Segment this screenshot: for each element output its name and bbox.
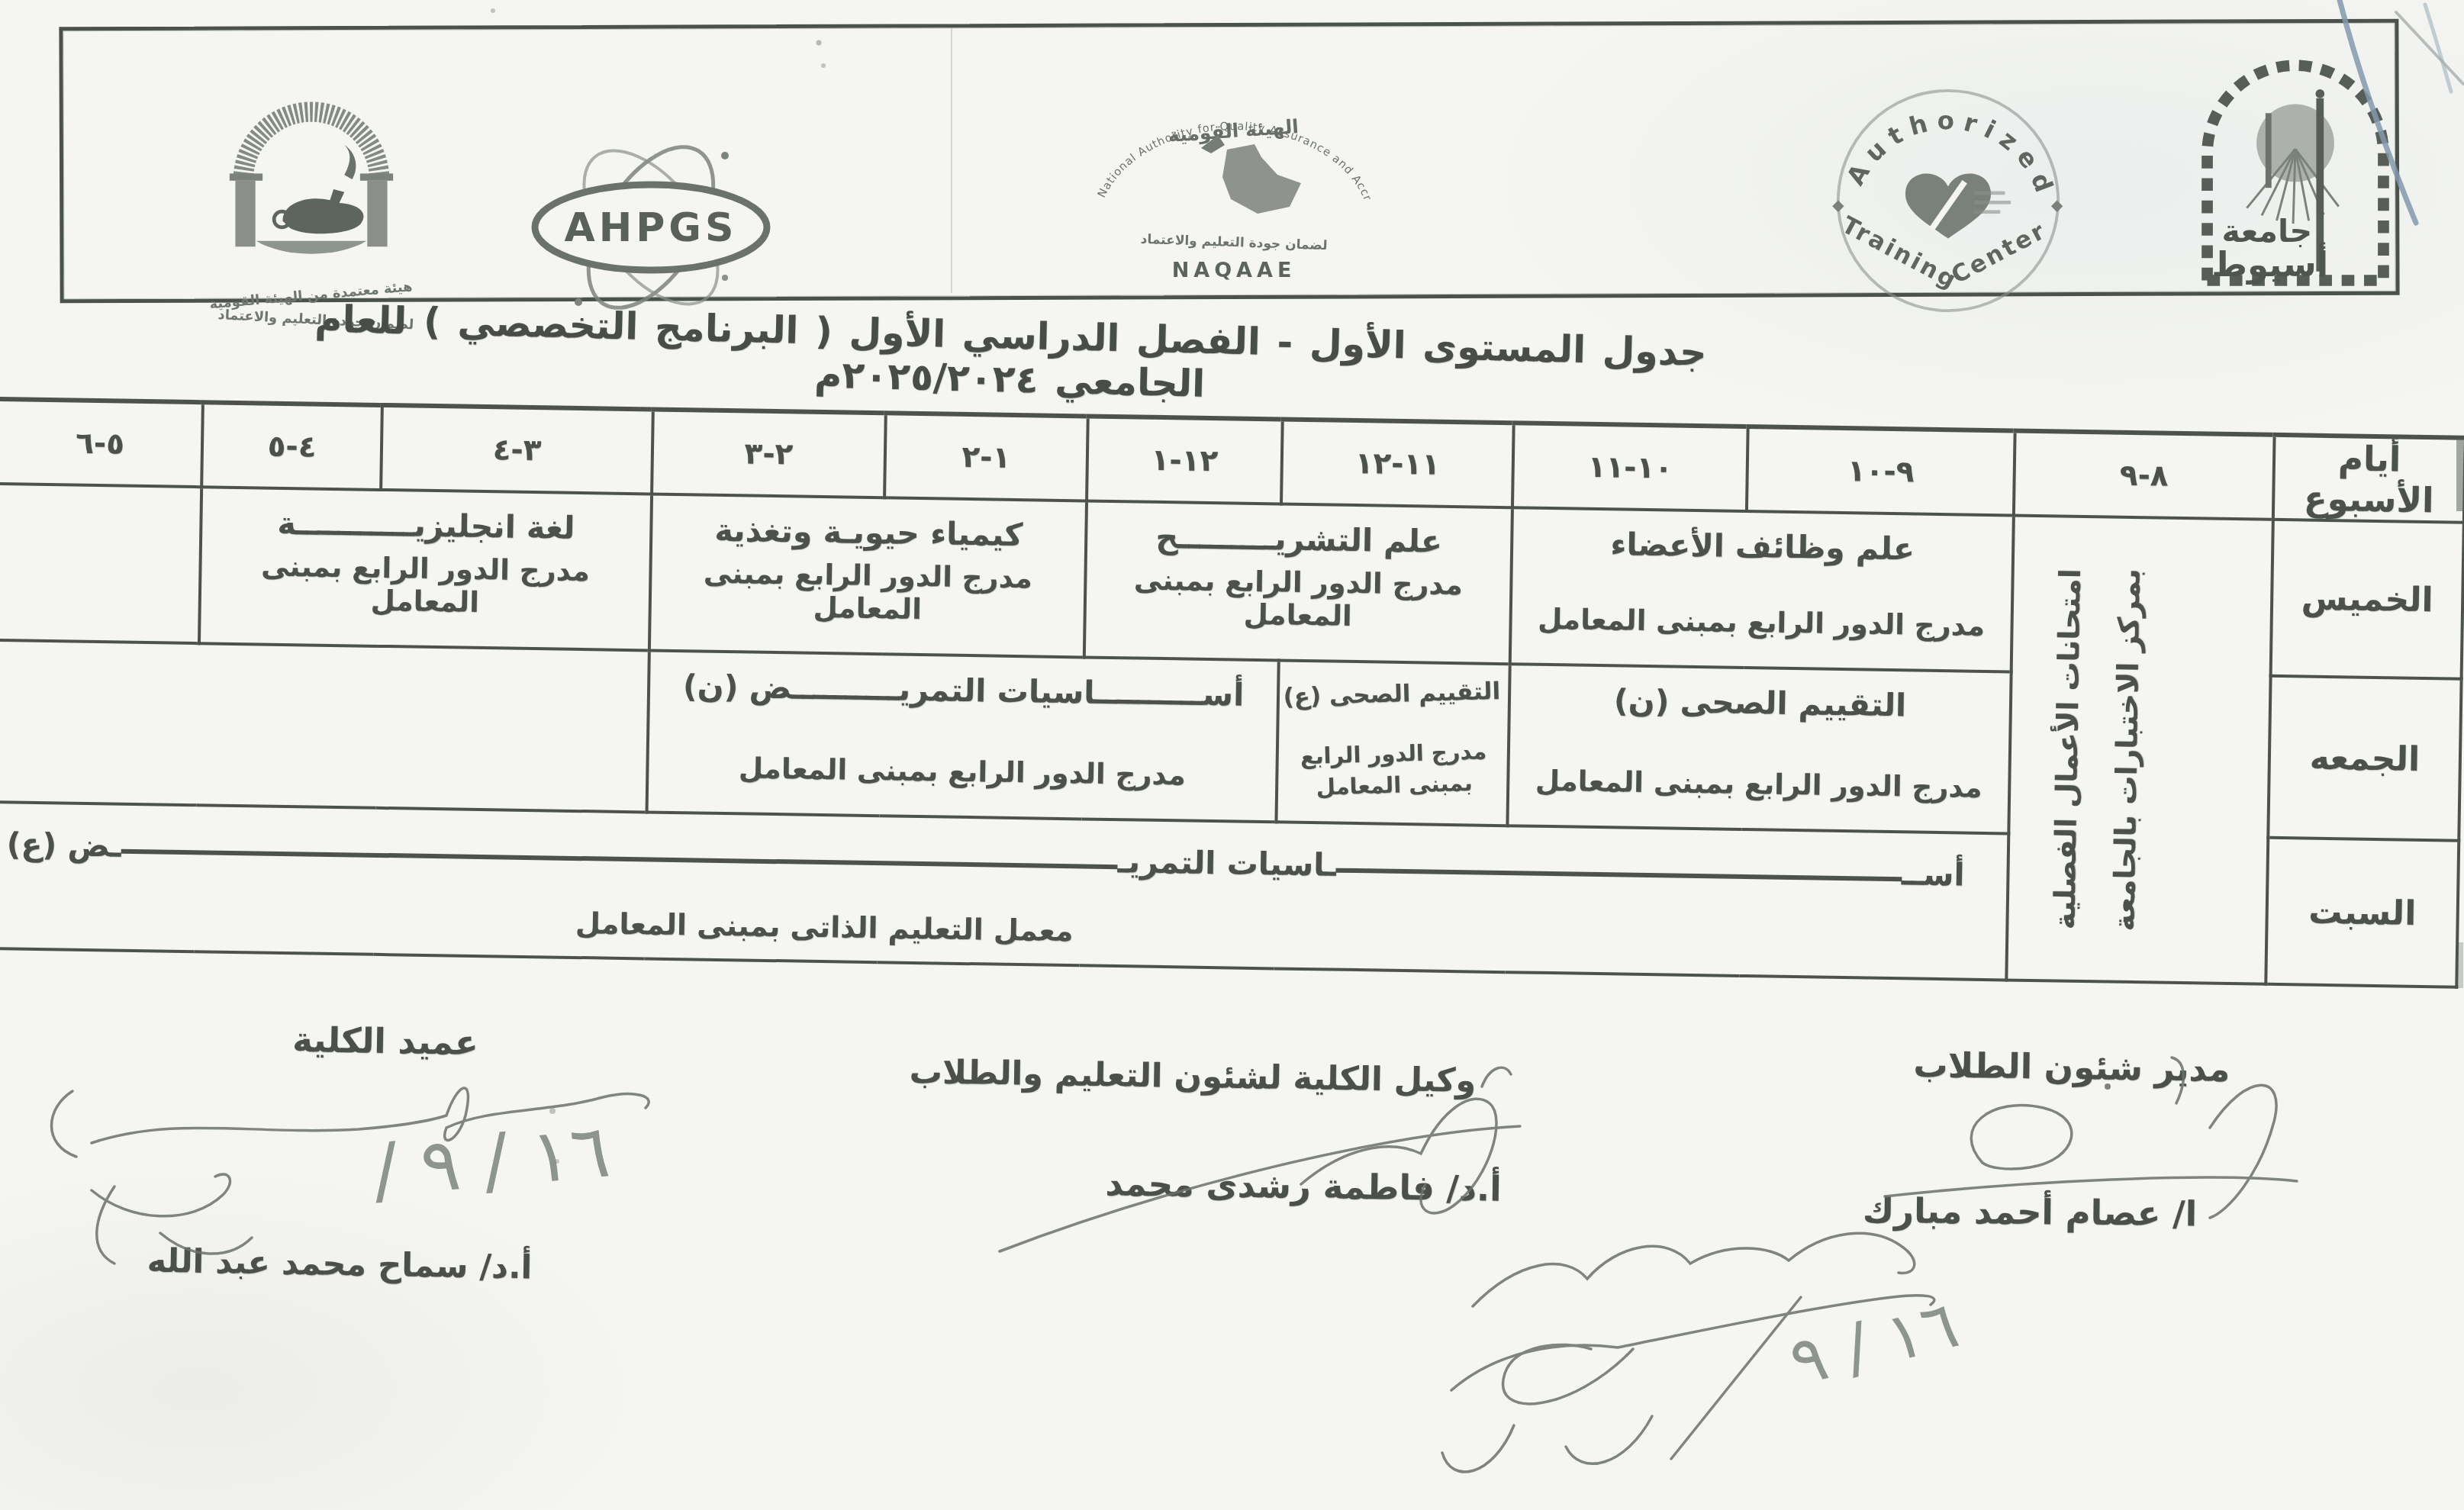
- handwriting-scrawl-bottom: [1442, 1233, 1934, 1472]
- signature-vice-dean: [1000, 1067, 1520, 1251]
- signature-students-affairs: [1885, 1058, 2297, 1218]
- scan-artifacts: [491, 8, 2463, 1164]
- scanned-timetable-page: هيئة معتمدة من الهيئة القومية لضمان جودة…: [0, 0, 2464, 1510]
- pen-mark-blue: [2340, 0, 2463, 223]
- handwriting-overlay: [0, 0, 2464, 1510]
- signature-dean: [52, 1088, 649, 1264]
